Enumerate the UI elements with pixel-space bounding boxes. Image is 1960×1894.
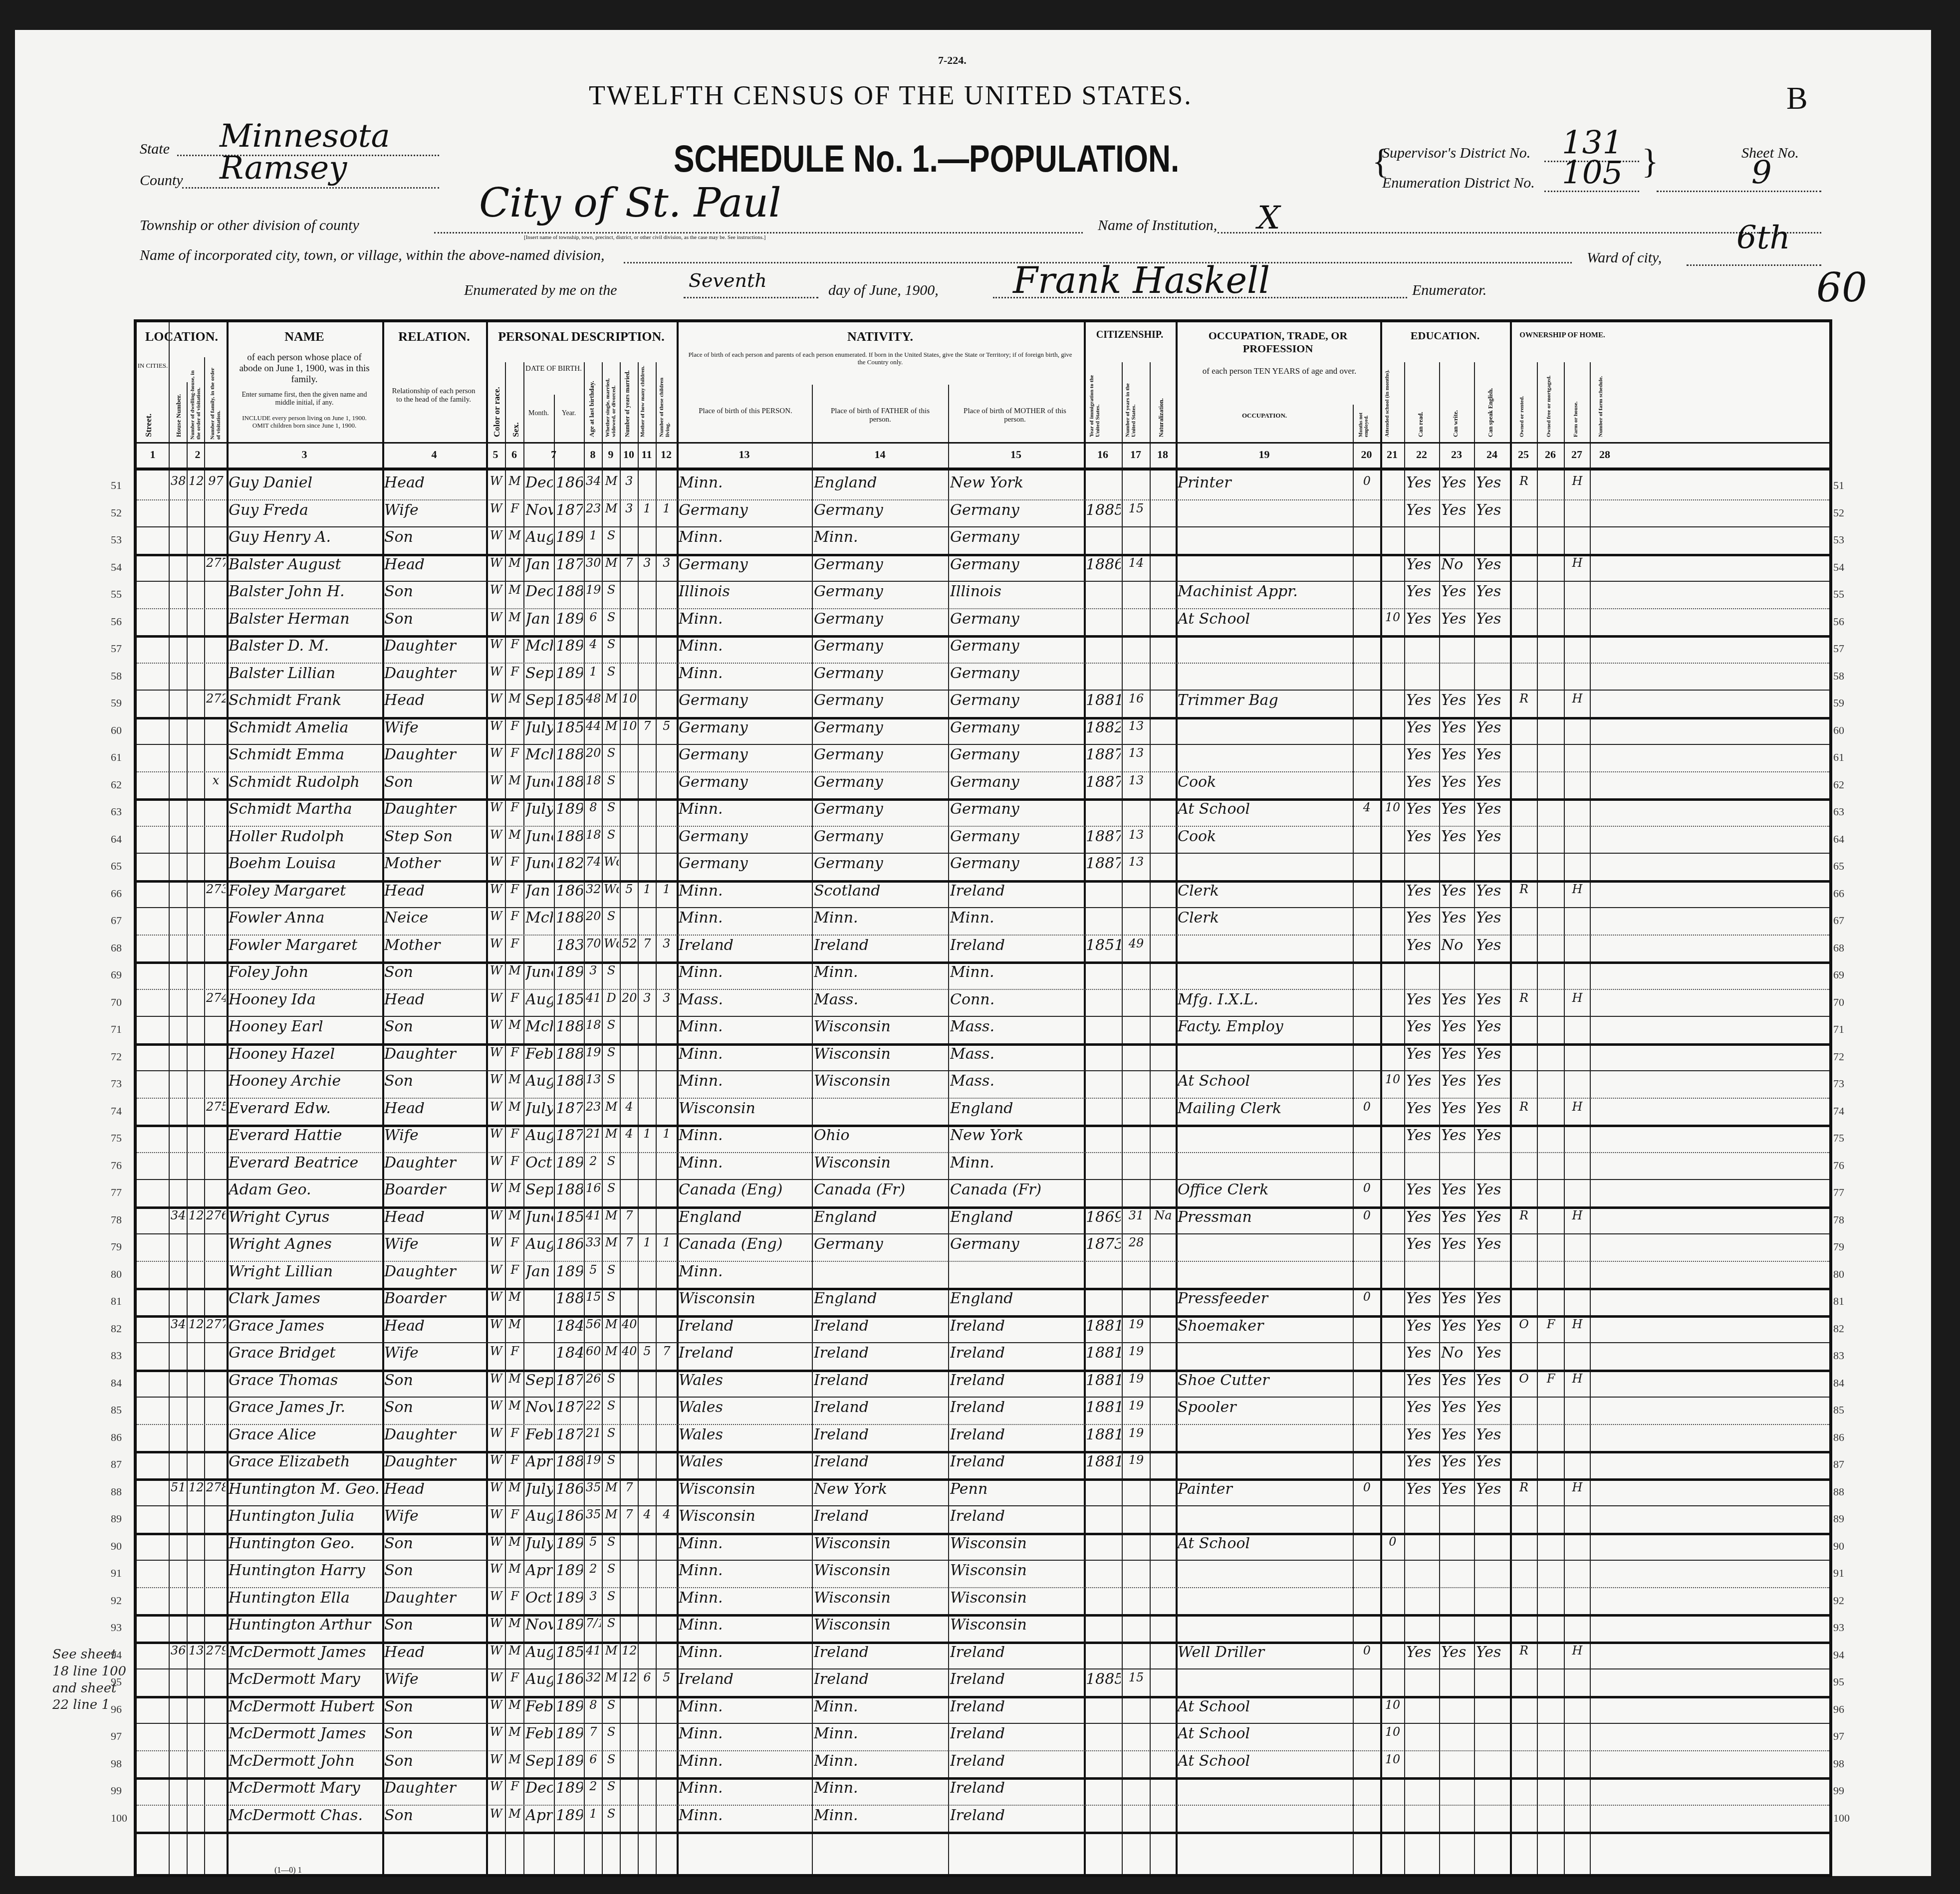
cell-month[interactable]: Aug bbox=[525, 1670, 553, 1688]
cell-imm[interactable]: 1887 bbox=[1086, 828, 1121, 845]
cell-month[interactable]: June bbox=[525, 855, 553, 872]
cell-eng[interactable]: Yes bbox=[1476, 556, 1509, 573]
cell-bf[interactable]: Minn. bbox=[814, 1779, 947, 1797]
cell-color[interactable]: W bbox=[488, 1100, 504, 1114]
cell-dwelling[interactable]: 130 bbox=[189, 1644, 203, 1657]
cell-age[interactable]: 1 bbox=[586, 1807, 601, 1821]
cell-family[interactable]: 276 bbox=[206, 1208, 226, 1222]
cell-year[interactable]: 1840 bbox=[556, 1344, 583, 1362]
cell-relation[interactable]: Wife bbox=[384, 1344, 485, 1362]
cell-yrs[interactable]: 13 bbox=[1124, 746, 1149, 760]
cell-fm[interactable]: F bbox=[1539, 1372, 1563, 1386]
cell-own[interactable]: R bbox=[1512, 474, 1536, 488]
cell-relation[interactable]: Head bbox=[384, 1100, 485, 1117]
cell-relation[interactable]: Head bbox=[384, 991, 485, 1008]
cell-mother[interactable]: 7 bbox=[640, 719, 655, 733]
cell-bm[interactable]: Germany bbox=[950, 828, 1083, 845]
cell-month[interactable]: Aug bbox=[525, 991, 553, 1008]
cell-bp[interactable]: Minn. bbox=[679, 1752, 811, 1770]
cell-color[interactable]: W bbox=[488, 1235, 504, 1249]
cell-read[interactable]: Yes bbox=[1406, 1426, 1438, 1443]
cell-relation[interactable]: Boarder bbox=[384, 1181, 485, 1198]
cell-mother[interactable]: 4 bbox=[640, 1507, 655, 1521]
cell-mne[interactable]: 0 bbox=[1355, 474, 1379, 488]
cell-eng[interactable]: Yes bbox=[1476, 1453, 1509, 1470]
cell-yrs[interactable]: 13 bbox=[1124, 719, 1149, 733]
cell-bf[interactable]: Minn. bbox=[814, 1698, 947, 1715]
cell-bf[interactable]: Germany bbox=[814, 800, 947, 818]
cell-ym[interactable]: 7 bbox=[622, 556, 637, 570]
cell-year[interactable]: 1865 bbox=[556, 474, 583, 491]
cell-age[interactable]: 13 bbox=[586, 1072, 601, 1086]
cell-bf[interactable]: Wisconsin bbox=[814, 1562, 947, 1579]
cell-fh[interactable]: H bbox=[1566, 1317, 1589, 1331]
cell-name[interactable]: Grace Thomas bbox=[229, 1372, 381, 1389]
cell-bf[interactable]: Ireland bbox=[814, 1344, 947, 1362]
cell-marital[interactable]: S bbox=[604, 1535, 619, 1549]
cell-marital[interactable]: Wd bbox=[604, 855, 619, 869]
cell-bm[interactable]: Ireland bbox=[950, 1807, 1083, 1824]
cell-bf[interactable]: Germany bbox=[814, 773, 947, 791]
cell-bf[interactable]: Mass. bbox=[814, 991, 947, 1008]
cell-occ[interactable]: Printer bbox=[1178, 474, 1352, 491]
cell-color[interactable]: W bbox=[488, 855, 504, 869]
cell-relation[interactable]: Daughter bbox=[384, 1426, 485, 1443]
cell-color[interactable]: W bbox=[488, 692, 504, 706]
cell-relation[interactable]: Wife bbox=[384, 1670, 485, 1688]
cell-eng[interactable]: Yes bbox=[1476, 583, 1509, 600]
cell-bf[interactable]: England bbox=[814, 474, 947, 491]
cell-name[interactable]: Balster John H. bbox=[229, 583, 381, 600]
cell-write[interactable]: Yes bbox=[1441, 1127, 1473, 1144]
cell-year[interactable]: 1858 bbox=[556, 1644, 583, 1661]
cell-imm[interactable]: 1881 bbox=[1086, 1399, 1121, 1416]
cell-relation[interactable]: Boarder bbox=[384, 1290, 485, 1307]
cell-name[interactable]: Huntington Harry bbox=[229, 1562, 381, 1579]
cell-name[interactable]: Wright Lillian bbox=[229, 1263, 381, 1280]
cell-month[interactable]: Sept bbox=[525, 692, 553, 709]
cell-month[interactable]: Aug bbox=[525, 528, 553, 546]
cell-color[interactable]: W bbox=[488, 719, 504, 733]
cell-marital[interactable]: S bbox=[604, 1589, 619, 1603]
cell-eng[interactable]: Yes bbox=[1476, 1426, 1509, 1443]
cell-year[interactable]: 1870 bbox=[556, 556, 583, 573]
cell-occ[interactable]: Shoemaker bbox=[1178, 1317, 1352, 1335]
cell-bf[interactable]: New York bbox=[814, 1480, 947, 1498]
cell-relation[interactable]: Wife bbox=[384, 1235, 485, 1253]
cell-marital[interactable]: Wd bbox=[604, 937, 619, 950]
cell-occ[interactable]: Pressfeeder bbox=[1178, 1290, 1352, 1307]
cell-name[interactable]: Balster Herman bbox=[229, 610, 381, 628]
cell-bm[interactable]: Ireland bbox=[950, 1779, 1083, 1797]
cell-bp[interactable]: Canada (Eng) bbox=[679, 1181, 811, 1198]
cell-sex[interactable]: F bbox=[507, 501, 522, 515]
cell-relation[interactable]: Son bbox=[384, 1616, 485, 1634]
cell-month[interactable]: July bbox=[525, 800, 553, 818]
cell-read[interactable]: Yes bbox=[1406, 1317, 1438, 1335]
cell-name[interactable]: Grace Alice bbox=[229, 1426, 381, 1443]
cell-bp[interactable]: Minn. bbox=[679, 1779, 811, 1797]
cell-year[interactable]: 1882 bbox=[556, 773, 583, 791]
cell-sex[interactable]: M bbox=[507, 692, 522, 706]
cell-read[interactable]: Yes bbox=[1406, 1072, 1438, 1090]
cell-write[interactable]: Yes bbox=[1441, 692, 1473, 709]
cell-bm[interactable]: Germany bbox=[950, 1235, 1083, 1253]
cell-bp[interactable]: England bbox=[679, 1208, 811, 1226]
cell-own[interactable]: R bbox=[1512, 1644, 1536, 1657]
cell-fh[interactable]: H bbox=[1566, 1480, 1589, 1494]
cell-color[interactable]: W bbox=[488, 1562, 504, 1576]
cell-month[interactable]: Jan bbox=[525, 556, 553, 573]
cell-living[interactable]: 1 bbox=[658, 501, 676, 515]
cell-eng[interactable]: Yes bbox=[1476, 1127, 1509, 1144]
cell-ym[interactable]: 40 bbox=[622, 1344, 637, 1358]
cell-living[interactable]: 3 bbox=[658, 991, 676, 1005]
cell-bp[interactable]: Minn. bbox=[679, 1018, 811, 1035]
cell-yrs[interactable]: 13 bbox=[1124, 773, 1149, 787]
cell-bm[interactable]: Ireland bbox=[950, 1399, 1083, 1416]
cell-ym[interactable]: 7 bbox=[622, 1507, 637, 1521]
cell-marital[interactable]: S bbox=[604, 1399, 619, 1413]
cell-own[interactable]: R bbox=[1512, 991, 1536, 1005]
cell-read[interactable]: Yes bbox=[1406, 828, 1438, 845]
cell-name[interactable]: Huntington Geo. bbox=[229, 1535, 381, 1552]
cell-bp[interactable]: Germany bbox=[679, 501, 811, 519]
cell-age[interactable]: 41 bbox=[586, 1644, 601, 1657]
cell-eng[interactable]: Yes bbox=[1476, 1181, 1509, 1198]
cell-year[interactable]: 1899 bbox=[556, 1807, 583, 1824]
cell-color[interactable]: W bbox=[488, 1045, 504, 1059]
cell-imm[interactable]: 1881 bbox=[1086, 1426, 1121, 1443]
cell-color[interactable]: W bbox=[488, 1154, 504, 1168]
cell-name[interactable]: Balster Lillian bbox=[229, 665, 381, 682]
cell-bm[interactable]: Germany bbox=[950, 800, 1083, 818]
cell-write[interactable]: Yes bbox=[1441, 583, 1473, 600]
cell-bm[interactable]: Conn. bbox=[950, 991, 1083, 1008]
cell-relation[interactable]: Daughter bbox=[384, 1045, 485, 1063]
cell-year[interactable]: 1897 bbox=[556, 1779, 583, 1797]
cell-name[interactable]: McDermott John bbox=[229, 1752, 381, 1770]
cell-yrs[interactable]: 19 bbox=[1124, 1372, 1149, 1386]
cell-imm[interactable]: 1885 bbox=[1086, 501, 1121, 519]
cell-own[interactable]: O bbox=[1512, 1317, 1536, 1331]
cell-bp[interactable]: Minn. bbox=[679, 528, 811, 546]
cell-bm[interactable]: Germany bbox=[950, 610, 1083, 628]
cell-eng[interactable]: Yes bbox=[1476, 746, 1509, 763]
cell-age[interactable]: 3 bbox=[586, 963, 601, 977]
cell-relation[interactable]: Head bbox=[384, 1208, 485, 1226]
cell-year[interactable]: 1898 bbox=[556, 1154, 583, 1172]
cell-write[interactable]: No bbox=[1441, 937, 1473, 954]
cell-month[interactable]: Apr bbox=[525, 1562, 553, 1579]
cell-color[interactable]: W bbox=[488, 1779, 504, 1793]
cell-write[interactable]: Yes bbox=[1441, 773, 1473, 791]
cell-mne[interactable]: 0 bbox=[1355, 1644, 1379, 1657]
cell-marital[interactable]: M bbox=[604, 1127, 619, 1141]
cell-bf[interactable]: Ohio bbox=[814, 1127, 947, 1144]
cell-read[interactable]: Yes bbox=[1406, 474, 1438, 491]
cell-bm[interactable]: Germany bbox=[950, 637, 1083, 655]
cell-color[interactable]: W bbox=[488, 1344, 504, 1358]
cell-eng[interactable]: Yes bbox=[1476, 610, 1509, 628]
cell-name[interactable]: McDermott Mary bbox=[229, 1779, 381, 1797]
cell-sex[interactable]: M bbox=[507, 963, 522, 977]
cell-read[interactable]: Yes bbox=[1406, 583, 1438, 600]
cell-bp[interactable]: Minn. bbox=[679, 474, 811, 491]
enumeration-value[interactable]: 105 bbox=[1562, 155, 1623, 192]
cell-living[interactable]: 5 bbox=[658, 719, 676, 733]
cell-sex[interactable]: M bbox=[507, 1616, 522, 1630]
cell-age[interactable]: 22 bbox=[586, 1399, 601, 1413]
cell-bm[interactable]: Penn bbox=[950, 1480, 1083, 1498]
cell-marital[interactable]: S bbox=[604, 1616, 619, 1630]
cell-eng[interactable]: Yes bbox=[1476, 1372, 1509, 1389]
cell-color[interactable]: W bbox=[488, 909, 504, 923]
cell-read[interactable]: Yes bbox=[1406, 746, 1438, 763]
cell-month[interactable]: Nov bbox=[525, 501, 553, 519]
cell-bf[interactable]: Ireland bbox=[814, 1399, 947, 1416]
cell-imm[interactable]: 1869 bbox=[1086, 1208, 1121, 1226]
cell-ym[interactable]: 20 bbox=[622, 991, 637, 1005]
cell-yrs[interactable]: 13 bbox=[1124, 828, 1149, 842]
cell-dwelling[interactable]: 129 bbox=[189, 1480, 203, 1494]
cell-bf[interactable]: Ireland bbox=[814, 937, 947, 954]
cell-year[interactable]: 1851 bbox=[556, 692, 583, 709]
cell-yrs[interactable]: 15 bbox=[1124, 1670, 1149, 1684]
cell-relation[interactable]: Son bbox=[384, 1399, 485, 1416]
cell-marital[interactable]: M bbox=[604, 719, 619, 733]
cell-bm[interactable]: Wisconsin bbox=[950, 1616, 1083, 1634]
cell-bf[interactable]: Wisconsin bbox=[814, 1589, 947, 1607]
cell-marital[interactable]: S bbox=[604, 1779, 619, 1793]
cell-ym[interactable]: 3 bbox=[622, 501, 637, 515]
cell-month[interactable]: Feb bbox=[525, 1426, 553, 1443]
cell-bf[interactable]: Ireland bbox=[814, 1372, 947, 1389]
cell-relation[interactable]: Wife bbox=[384, 501, 485, 519]
cell-bm[interactable]: Germany bbox=[950, 855, 1083, 872]
cell-yrs[interactable]: 16 bbox=[1124, 692, 1149, 706]
cell-fh[interactable]: H bbox=[1566, 882, 1589, 896]
cell-name[interactable]: Grace Elizabeth bbox=[229, 1453, 381, 1470]
cell-occ[interactable]: Mfg. I.X.L. bbox=[1178, 991, 1352, 1008]
cell-name[interactable]: Huntington Ella bbox=[229, 1589, 381, 1607]
cell-ym[interactable]: 10 bbox=[622, 692, 637, 706]
cell-name[interactable]: Schmidt Amelia bbox=[229, 719, 381, 736]
cell-color[interactable]: W bbox=[488, 991, 504, 1005]
cell-occ[interactable]: Office Clerk bbox=[1178, 1181, 1352, 1198]
cell-bp[interactable]: Ireland bbox=[679, 1317, 811, 1335]
cell-color[interactable]: W bbox=[488, 1644, 504, 1657]
cell-color[interactable]: W bbox=[488, 1018, 504, 1032]
cell-sex[interactable]: F bbox=[507, 1263, 522, 1277]
cell-write[interactable]: Yes bbox=[1441, 800, 1473, 818]
cell-mother[interactable]: 1 bbox=[640, 1127, 655, 1141]
cell-bf[interactable]: Germany bbox=[814, 610, 947, 628]
cell-bm[interactable]: Ireland bbox=[950, 1426, 1083, 1443]
cell-family[interactable]: 277 bbox=[206, 556, 226, 570]
cell-color[interactable]: W bbox=[488, 746, 504, 760]
cell-bp[interactable]: Minn. bbox=[679, 1725, 811, 1742]
cell-month[interactable]: Jan bbox=[525, 882, 553, 900]
cell-color[interactable]: W bbox=[488, 1589, 504, 1603]
cell-bf[interactable]: Wisconsin bbox=[814, 1018, 947, 1035]
cell-year[interactable]: 1896 bbox=[556, 637, 583, 655]
cell-age[interactable]: 1 bbox=[586, 665, 601, 679]
cell-color[interactable]: W bbox=[488, 1317, 504, 1331]
cell-bf[interactable]: Wisconsin bbox=[814, 1616, 947, 1634]
cell-family[interactable]: 277 bbox=[206, 1317, 226, 1331]
cell-imm[interactable]: 1881 bbox=[1086, 1453, 1121, 1470]
cell-color[interactable]: W bbox=[488, 1372, 504, 1386]
cell-month[interactable]: Mch bbox=[525, 746, 553, 763]
cell-color[interactable]: W bbox=[488, 501, 504, 515]
cell-month[interactable]: Jan bbox=[525, 1263, 553, 1280]
cell-color[interactable]: W bbox=[488, 1670, 504, 1684]
cell-bp[interactable]: Germany bbox=[679, 828, 811, 845]
cell-ym[interactable]: 7 bbox=[622, 1208, 637, 1222]
cell-occ[interactable]: Trimmer Bag bbox=[1178, 692, 1352, 709]
cell-bp[interactable]: Minn. bbox=[679, 1535, 811, 1552]
cell-month[interactable]: Mch bbox=[525, 637, 553, 655]
cell-eng[interactable]: Yes bbox=[1476, 474, 1509, 491]
cell-age[interactable]: 19 bbox=[586, 583, 601, 597]
cell-imm[interactable]: 1887 bbox=[1086, 773, 1121, 791]
cell-sex[interactable]: F bbox=[507, 1154, 522, 1168]
cell-color[interactable]: W bbox=[488, 1698, 504, 1712]
cell-sex[interactable]: F bbox=[507, 1045, 522, 1059]
cell-bf[interactable]: Minn. bbox=[814, 1752, 947, 1770]
cell-yrs[interactable]: 14 bbox=[1124, 556, 1149, 570]
cell-relation[interactable]: Head bbox=[384, 474, 485, 491]
cell-relation[interactable]: Son bbox=[384, 773, 485, 791]
cell-color[interactable]: W bbox=[488, 637, 504, 651]
cell-sex[interactable]: F bbox=[507, 1453, 522, 1467]
cell-yrs[interactable]: 19 bbox=[1124, 1426, 1149, 1440]
cell-house[interactable]: 388 bbox=[171, 474, 186, 488]
cell-bp[interactable]: Minn. bbox=[679, 909, 811, 927]
cell-own[interactable]: R bbox=[1512, 1208, 1536, 1222]
cell-read[interactable]: Yes bbox=[1406, 1100, 1438, 1117]
cell-year[interactable]: 1876 bbox=[556, 1100, 583, 1117]
cell-mother[interactable]: 6 bbox=[640, 1670, 655, 1684]
cell-year[interactable]: 1898 bbox=[556, 1562, 583, 1579]
cell-family[interactable]: 275 bbox=[206, 1100, 226, 1114]
cell-bp[interactable]: Ireland bbox=[679, 1670, 811, 1688]
cell-relation[interactable]: Step Son bbox=[384, 828, 485, 845]
cell-eng[interactable]: Yes bbox=[1476, 1399, 1509, 1416]
cell-read[interactable]: Yes bbox=[1406, 800, 1438, 818]
cell-name[interactable]: Grace James bbox=[229, 1317, 381, 1335]
cell-year[interactable]: 1864 bbox=[556, 1507, 583, 1525]
cell-marital[interactable]: Wd bbox=[604, 882, 619, 896]
cell-relation[interactable]: Daughter bbox=[384, 637, 485, 655]
cell-relation[interactable]: Daughter bbox=[384, 1154, 485, 1172]
cell-dwelling[interactable]: 127 bbox=[189, 1208, 203, 1222]
cell-month[interactable]: Dec bbox=[525, 583, 553, 600]
cell-year[interactable]: 1895 bbox=[556, 1263, 583, 1280]
cell-write[interactable]: Yes bbox=[1441, 882, 1473, 900]
cell-mother[interactable]: 7 bbox=[640, 937, 655, 950]
cell-bp[interactable]: Ireland bbox=[679, 1344, 811, 1362]
cell-read[interactable]: Yes bbox=[1406, 610, 1438, 628]
cell-read[interactable]: Yes bbox=[1406, 1399, 1438, 1416]
cell-name[interactable]: Schmidt Rudolph bbox=[229, 773, 381, 791]
cell-marital[interactable]: S bbox=[604, 746, 619, 760]
cell-relation[interactable]: Son bbox=[384, 1752, 485, 1770]
cell-bf[interactable]: Scotland bbox=[814, 882, 947, 900]
cell-color[interactable]: W bbox=[488, 1616, 504, 1630]
cell-name[interactable]: Huntington M. Geo. bbox=[229, 1480, 381, 1498]
cell-marital[interactable]: S bbox=[604, 1154, 619, 1168]
cell-sex[interactable]: F bbox=[507, 1589, 522, 1603]
cell-occ[interactable]: At School bbox=[1178, 1072, 1352, 1090]
cell-marital[interactable]: S bbox=[604, 1181, 619, 1195]
cell-month[interactable]: Apr bbox=[525, 1453, 553, 1470]
cell-dwelling[interactable]: 128 bbox=[189, 1317, 203, 1331]
cell-write[interactable]: Yes bbox=[1441, 828, 1473, 845]
cell-relation[interactable]: Daughter bbox=[384, 1589, 485, 1607]
cell-marital[interactable]: S bbox=[604, 1426, 619, 1440]
cell-color[interactable]: W bbox=[488, 528, 504, 542]
cell-read[interactable]: Yes bbox=[1406, 1045, 1438, 1063]
cell-color[interactable]: W bbox=[488, 1807, 504, 1821]
cell-marital[interactable]: S bbox=[604, 828, 619, 842]
cell-marital[interactable]: S bbox=[604, 583, 619, 597]
cell-occ[interactable]: At School bbox=[1178, 800, 1352, 818]
cell-age[interactable]: 8 bbox=[586, 800, 601, 814]
cell-eng[interactable]: Yes bbox=[1476, 1344, 1509, 1362]
cell-read[interactable]: Yes bbox=[1406, 1644, 1438, 1661]
cell-month[interactable]: Aug bbox=[525, 1235, 553, 1253]
cell-mother[interactable]: 1 bbox=[640, 882, 655, 896]
cell-write[interactable]: Yes bbox=[1441, 1317, 1473, 1335]
cell-read[interactable]: Yes bbox=[1406, 1480, 1438, 1498]
cell-nat[interactable]: Na bbox=[1152, 1208, 1175, 1222]
cell-marital[interactable]: M bbox=[604, 501, 619, 515]
cell-fh[interactable]: H bbox=[1566, 474, 1589, 488]
cell-age[interactable]: 41 bbox=[586, 991, 601, 1005]
cell-month[interactable]: July bbox=[525, 1480, 553, 1498]
cell-year[interactable]: 1898 bbox=[556, 528, 583, 546]
cell-mother[interactable]: 3 bbox=[640, 556, 655, 570]
cell-marital[interactable]: S bbox=[604, 909, 619, 923]
cell-month[interactable]: July bbox=[525, 1100, 553, 1117]
cell-bm[interactable]: Mass. bbox=[950, 1072, 1083, 1090]
cell-color[interactable]: W bbox=[488, 1426, 504, 1440]
cell-color[interactable]: W bbox=[488, 1127, 504, 1141]
cell-ym[interactable]: 4 bbox=[622, 1100, 637, 1114]
cell-age[interactable]: 6 bbox=[586, 610, 601, 624]
cell-sex[interactable]: F bbox=[507, 637, 522, 651]
cell-bm[interactable]: Ireland bbox=[950, 1725, 1083, 1742]
cell-month[interactable]: Sept bbox=[525, 1181, 553, 1198]
cell-eng[interactable]: Yes bbox=[1476, 882, 1509, 900]
cell-bp[interactable]: Minn. bbox=[679, 610, 811, 628]
cell-bm[interactable]: England bbox=[950, 1290, 1083, 1307]
cell-color[interactable]: W bbox=[488, 1263, 504, 1277]
cell-year[interactable]: 1868 bbox=[556, 882, 583, 900]
cell-ym[interactable]: 12 bbox=[622, 1670, 637, 1684]
cell-name[interactable]: Clark James bbox=[229, 1290, 381, 1307]
cell-imm[interactable]: 1886 bbox=[1086, 556, 1121, 573]
cell-read[interactable]: Yes bbox=[1406, 882, 1438, 900]
cell-bm[interactable]: Ireland bbox=[950, 1453, 1083, 1470]
cell-ym[interactable]: 5 bbox=[622, 882, 637, 896]
cell-bm[interactable]: Ireland bbox=[950, 1670, 1083, 1688]
cell-occ[interactable]: Facty. Employ bbox=[1178, 1018, 1352, 1035]
cell-relation[interactable]: Son bbox=[384, 528, 485, 546]
cell-sex[interactable]: M bbox=[507, 1018, 522, 1032]
